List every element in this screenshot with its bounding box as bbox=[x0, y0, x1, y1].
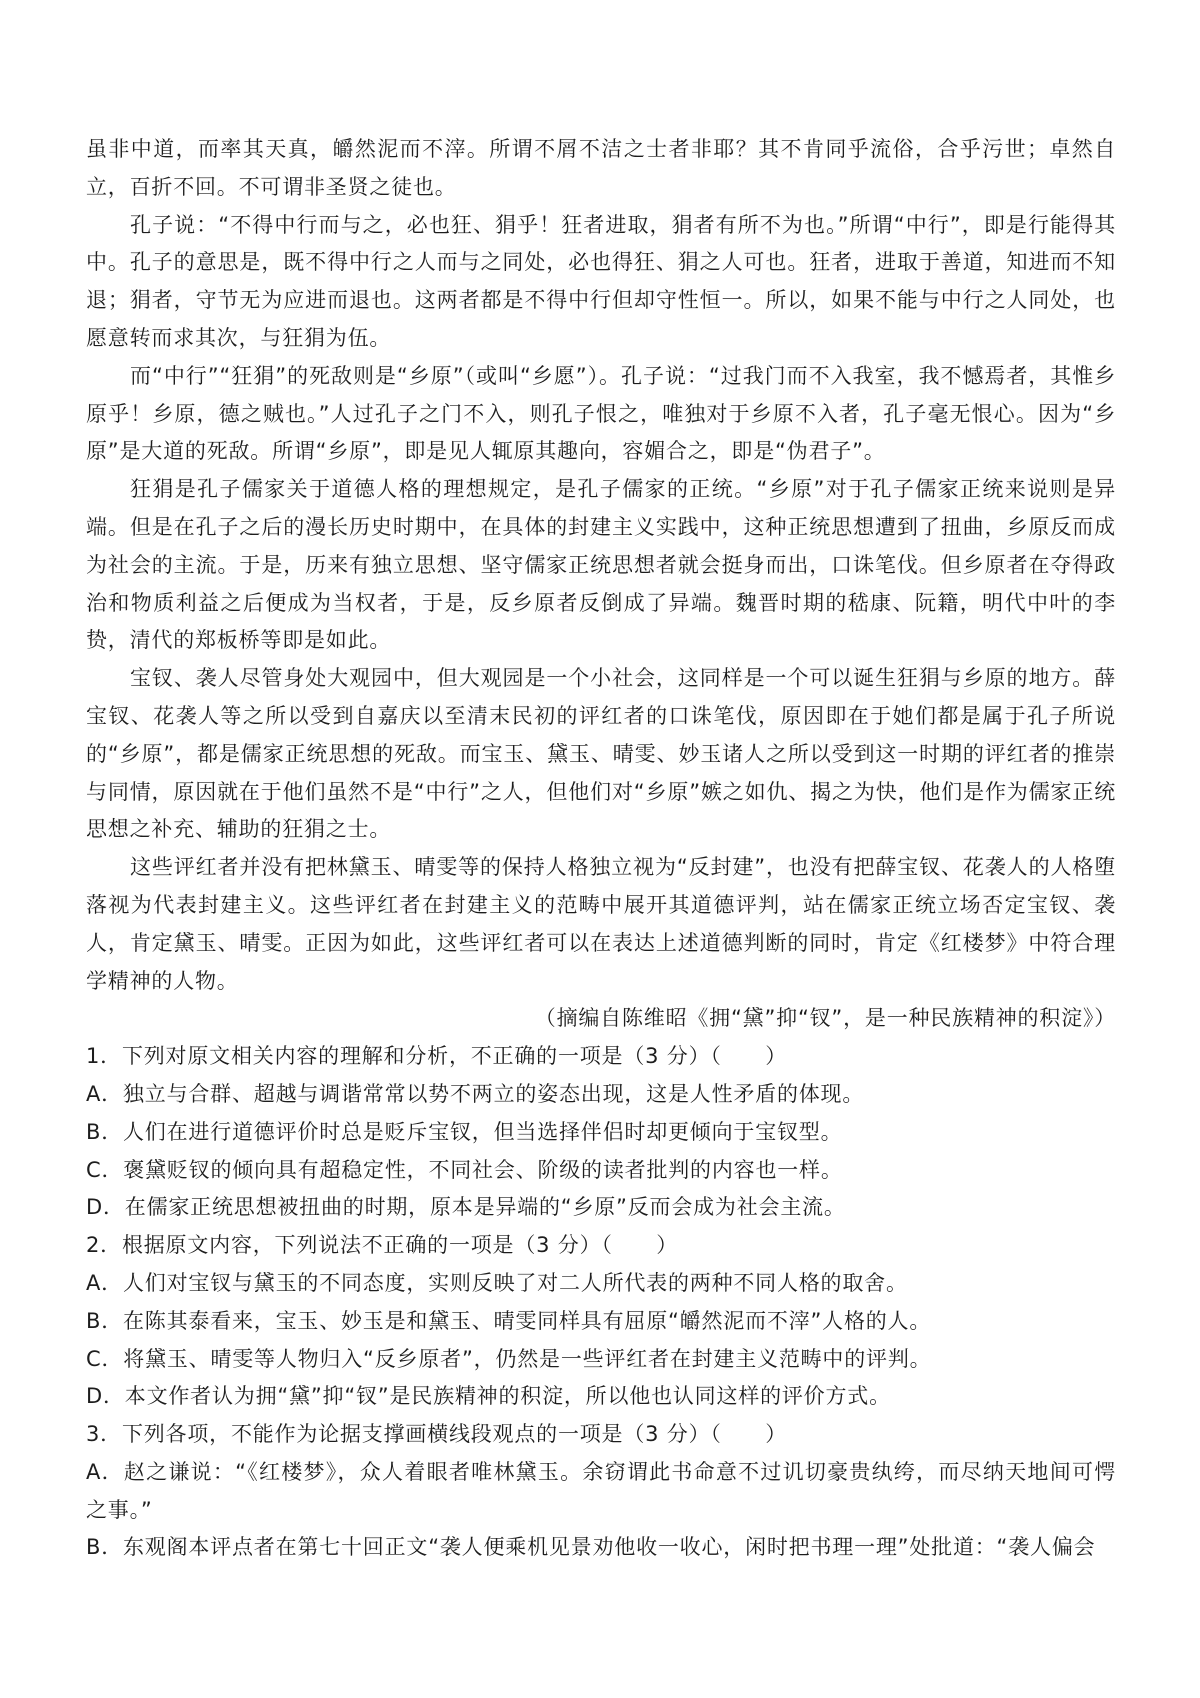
passage-paragraph-2: 孔子说：“不得中行而与之，必也狂、狷乎！狂者进取，狷者有所不为也。”所谓“中行”… bbox=[86, 207, 1116, 358]
passage-attribution: （摘编自陈维昭《拥“黛”抑“钗”，是一种民族精神的积淀》） bbox=[86, 1000, 1116, 1038]
passage-paragraph-6: 这些评红者并没有把林黛玉、晴雯等的保持人格独立视为“反封建”，也没有把薛宝钗、花… bbox=[86, 849, 1116, 1000]
question-1-option-b: B．人们在进行道德评价时总是贬斥宝钗，但当选择伴侣时却更倾向于宝钗型。 bbox=[86, 1114, 1116, 1152]
question-1-stem: 1．下列对原文相关内容的理解和分析，不正确的一项是（3 分）（ ） bbox=[86, 1038, 1116, 1076]
question-3-option-a: A．赵之谦说：“《红楼梦》，众人着眼者唯林黛玉。余窃谓此书命意不过讥切豪贵纨绔，… bbox=[86, 1454, 1116, 1530]
question-3-option-b: B．东观阁本评点者在第七十回正文“袭人便乘机见景劝他收一收心，闲时把书理一理”处… bbox=[86, 1529, 1116, 1567]
question-3-stem: 3．下列各项，不能作为论据支撑画横线段观点的一项是（3 分）（ ） bbox=[86, 1416, 1116, 1454]
passage-paragraph-3: 而“中行”“狂狷”的死敌则是“乡原”（或叫“乡愿”）。孔子说：“过我门而不入我室… bbox=[86, 358, 1116, 471]
question-2-option-b: B．在陈其泰看来，宝玉、妙玉是和黛玉、晴雯同样具有屈原“皭然泥而不滓”人格的人。 bbox=[86, 1303, 1116, 1341]
question-1-option-c: C．褒黛贬钗的倾向具有超稳定性，不同社会、阶级的读者批判的内容也一样。 bbox=[86, 1152, 1116, 1190]
question-1-option-d: D．在儒家正统思想被扭曲的时期，原本是异端的“乡原”反而会成为社会主流。 bbox=[86, 1189, 1116, 1227]
question-2-option-c: C．将黛玉、晴雯等人物归入“反乡原者”，仍然是一些评红者在封建主义范畴中的评判。 bbox=[86, 1341, 1116, 1379]
question-1-option-a: A．独立与合群、超越与调谐常常以势不两立的姿态出现，这是人性矛盾的体现。 bbox=[86, 1076, 1116, 1114]
question-2-option-d: D．本文作者认为拥“黛”抑“钗”是民族精神的积淀，所以他也认同这样的评价方式。 bbox=[86, 1378, 1116, 1416]
question-2: 2．根据原文内容，下列说法不正确的一项是（3 分）（ ） A．人们对宝钗与黛玉的… bbox=[86, 1227, 1116, 1416]
question-2-option-a: A．人们对宝钗与黛玉的不同态度，实则反映了对二人所代表的两种不同人格的取舍。 bbox=[86, 1265, 1116, 1303]
exam-paper-page: 虽非中道，而率其天真，皭然泥而不滓。所谓不屑不洁之士者非耶？其不肯同乎流俗，合乎… bbox=[0, 0, 1200, 1698]
question-1: 1．下列对原文相关内容的理解和分析，不正确的一项是（3 分）（ ） A．独立与合… bbox=[86, 1038, 1116, 1227]
passage-paragraph-4: 狂狷是孔子儒家关于道德人格的理想规定，是孔子儒家的正统。“乡原”对于孔子儒家正统… bbox=[86, 471, 1116, 660]
passage-paragraph-1: 虽非中道，而率其天真，皭然泥而不滓。所谓不屑不洁之士者非耶？其不肯同乎流俗，合乎… bbox=[86, 131, 1116, 207]
question-3: 3．下列各项，不能作为论据支撑画横线段观点的一项是（3 分）（ ） A．赵之谦说… bbox=[86, 1416, 1116, 1567]
question-2-stem: 2．根据原文内容，下列说法不正确的一项是（3 分）（ ） bbox=[86, 1227, 1116, 1265]
passage-paragraph-5: 宝钗、袭人尽管身处大观园中，但大观园是一个小社会，这同样是一个可以诞生狂狷与乡原… bbox=[86, 660, 1116, 849]
